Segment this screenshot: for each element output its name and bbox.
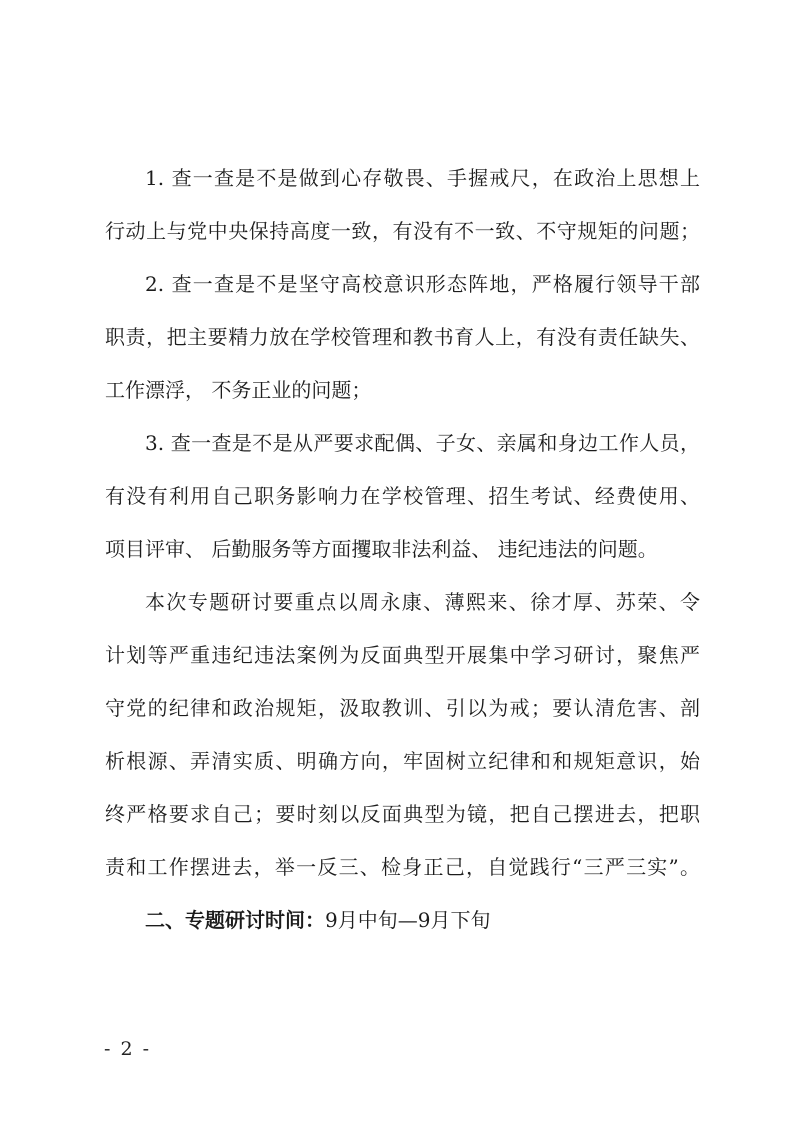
text-line: 项目评审、 后勤服务等方面攫取非法利益、 违纪违法的问题。 <box>105 523 700 576</box>
text-line: 职责，把主要精力放在学校管理和教书育人上，有没有责任缺失、 <box>105 311 700 364</box>
text-line: 1. 查一查是不是做到心存敬畏、手握戒尺，在政治上思想上 <box>105 152 700 205</box>
text-line: 析根源、弄清实质、明确方向，牢固树立纪律和和规矩意识，始 <box>105 735 700 788</box>
text-line: 终严格要求自己；要时刻以反面典型为镜，把自己摆进去，把职 <box>105 788 700 841</box>
text-line: 行动上与党中央保持高度一致，有没有不一致、不守规矩的问题； <box>105 205 700 258</box>
document-body: 1. 查一查是不是做到心存敬畏、手握戒尺，在政治上思想上行动上与党中央保持高度一… <box>105 152 700 947</box>
text-line: 3. 查一查是不是从严要求配偶、子女、亲属和身边工作人员， <box>105 417 700 470</box>
text-line: 二、专题研讨时间：9月中旬—9月下旬 <box>105 894 700 947</box>
text-line: 工作漂浮， 不务正业的问题； <box>105 364 700 417</box>
text-line: 责和工作摆进去，举一反三、检身正己，自觉践行“三严三实”。 <box>105 841 700 894</box>
text-line: 计划等严重违纪违法案例为反面典型开展集中学习研讨，聚焦严 <box>105 629 700 682</box>
text-line: 守党的纪律和政治规矩，汲取教训、引以为戒；要认清危害、剖 <box>105 682 700 735</box>
section-heading: 二、专题研讨时间： <box>145 908 325 932</box>
text-line: 有没有利用自己职务影响力在学校管理、招生考试、经费使用、 <box>105 470 700 523</box>
document-page: 1. 查一查是不是做到心存敬畏、手握戒尺，在政治上思想上行动上与党中央保持高度一… <box>0 0 793 1122</box>
text-line: 2. 查一查是不是坚守高校意识形态阵地，严格履行领导干部 <box>105 258 700 311</box>
text-line: 本次专题研讨要重点以周永康、薄熙来、徐才厚、苏荣、令 <box>105 576 700 629</box>
page-number: - 2 - <box>104 1036 151 1062</box>
